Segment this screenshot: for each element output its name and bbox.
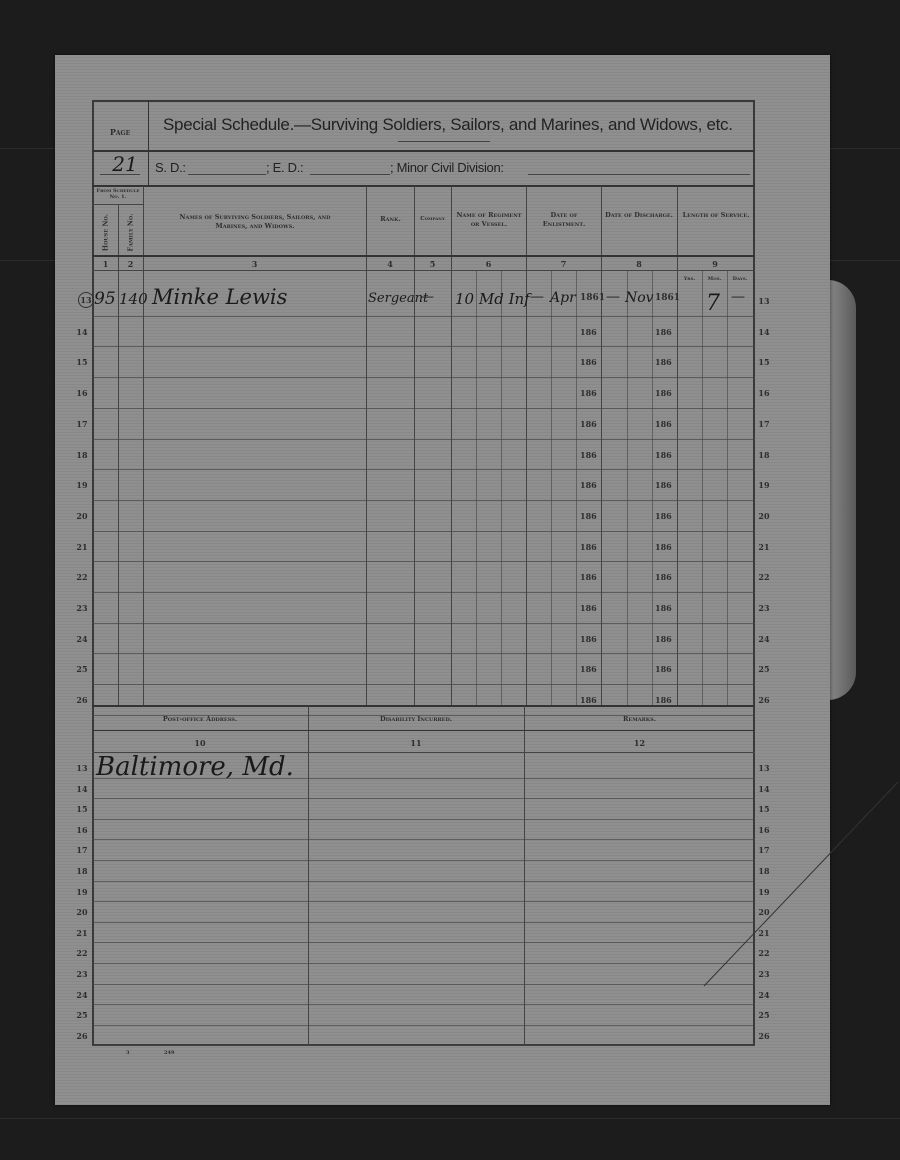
enlist-year-prefix: 186	[580, 388, 597, 398]
row-number-right: 24	[754, 634, 774, 644]
col-num-3: 3	[143, 259, 366, 269]
row-ruling	[92, 592, 755, 593]
entry-enlist-day[interactable]: —	[530, 289, 544, 305]
col-num-5: 5	[414, 259, 451, 269]
page-number: 21	[110, 152, 140, 176]
col-num-6: 6	[451, 259, 526, 269]
col-num-8: 8	[601, 259, 677, 269]
lower-row-number-left: 24	[72, 990, 92, 1000]
col-num-12: 12	[524, 738, 755, 748]
discharge-year-prefix: 186	[655, 572, 672, 582]
from-schedule-label: From Schedule No. 1.	[93, 188, 143, 200]
row-ruling	[92, 500, 755, 501]
col-num-9: 9	[677, 259, 753, 269]
row-number-right: 26	[754, 695, 774, 705]
row-number-left: 19	[72, 480, 92, 490]
col-header-regiment: Name of Regiment or Vessel.	[454, 211, 524, 229]
lower-row-ruling	[92, 798, 755, 799]
row-number-right: 18	[754, 450, 774, 460]
lower-row-number-left: 22	[72, 948, 92, 958]
discharge-year-prefix: 186	[655, 634, 672, 644]
lower-row-number-left: 19	[72, 887, 92, 897]
header-divider	[92, 150, 755, 152]
entry-family-no[interactable]: 140	[119, 290, 148, 308]
column-number-divider	[92, 255, 755, 257]
col-header-disability: Disability Incurred.	[308, 715, 524, 724]
entry-company[interactable]: —	[420, 289, 434, 305]
row-number-right: 14	[754, 327, 774, 337]
page-number-underline	[100, 174, 140, 175]
row-number-left: 25	[72, 664, 92, 674]
sd-field[interactable]	[188, 174, 266, 175]
printer-mark-2: 249	[164, 1050, 174, 1056]
printer-mark-1: 3	[126, 1050, 129, 1056]
title-underline	[398, 141, 490, 142]
row-ruling	[92, 469, 755, 470]
lower-row-ruling	[92, 901, 755, 902]
col-header-house-no: House No.	[102, 209, 111, 257]
entry-discharge-day[interactable]: —	[606, 289, 620, 305]
lower-row-number-left: 26	[72, 1031, 92, 1041]
col-header-family-no: Family No.	[127, 209, 136, 257]
row-number-right: 23	[754, 603, 774, 613]
entry-address[interactable]: Baltimore, Md.	[96, 752, 294, 782]
ed-field[interactable]	[310, 174, 390, 175]
entry-enlist-month[interactable]: Apr	[550, 290, 576, 306]
col-num-1: 1	[93, 259, 118, 269]
lower-row-ruling	[92, 1025, 755, 1026]
col-header-enlistment: Date of Enlistment.	[530, 211, 598, 229]
lower-row-number-left: 18	[72, 866, 92, 876]
discharge-subdivider-2	[652, 270, 653, 706]
row-number-left: 17	[72, 419, 92, 429]
lower-row-number-left: 21	[72, 928, 92, 938]
discharge-year-prefix: 186	[655, 511, 672, 521]
subcol-days: Days.	[727, 275, 753, 284]
row-number-left: 21	[72, 542, 92, 552]
row-number-left: 20	[72, 511, 92, 521]
col-divider-1	[118, 204, 119, 706]
col-header-discharge: Date of Discharge.	[605, 211, 673, 220]
col-num-11: 11	[308, 738, 524, 748]
row-number-right: 21	[754, 542, 774, 552]
lower-row-number-left: 14	[72, 784, 92, 794]
page-label: Page	[100, 128, 140, 137]
entry-service-days[interactable]: —	[731, 289, 745, 305]
lower-row-number-right: 26	[754, 1031, 774, 1041]
col-header-service: Length of Service.	[682, 211, 750, 220]
col-num-4: 4	[366, 259, 414, 269]
row-ruling	[92, 531, 755, 532]
col-header-names: Names of Surviving Soldiers, Sailors, an…	[170, 213, 340, 231]
row-number-left: 16	[72, 388, 92, 398]
row-number-right: 13	[754, 296, 774, 306]
discharge-year-prefix: 186	[655, 357, 672, 367]
entry-line-circled: 13	[78, 292, 94, 308]
row-number-right: 17	[754, 419, 774, 429]
lower-row-ruling	[92, 839, 755, 840]
enlist-year-prefix: 186	[580, 450, 597, 460]
row-number-left: 24	[72, 634, 92, 644]
row-number-left: 15	[72, 357, 92, 367]
entry-discharge-year[interactable]: 1861	[655, 293, 680, 303]
row-ruling	[92, 623, 755, 624]
enlist-year-prefix: 186	[580, 572, 597, 582]
col-num-10: 10	[92, 738, 308, 748]
lower-row-number-right: 25	[754, 1010, 774, 1020]
entry-regiment[interactable]: 10 Md Inf	[455, 290, 530, 308]
lower-col-divider-2	[524, 706, 525, 1046]
row-number-right: 19	[754, 480, 774, 490]
lower-row-number-left: 13	[72, 763, 92, 773]
enlist-year-prefix: 186	[580, 511, 597, 521]
mcd-field[interactable]	[528, 174, 750, 175]
lower-row-number-left: 15	[72, 804, 92, 814]
lower-header-divider	[92, 730, 755, 731]
row-ruling	[92, 316, 755, 317]
lower-row-ruling	[92, 819, 755, 820]
lower-row-number-left: 23	[72, 969, 92, 979]
enlist-year-prefix: 186	[580, 634, 597, 644]
discharge-year-prefix: 186	[655, 450, 672, 460]
row-number-left: 22	[72, 572, 92, 582]
row-number-right: 15	[754, 357, 774, 367]
entry-house-no[interactable]: 95	[94, 289, 116, 309]
row-number-right: 25	[754, 664, 774, 674]
enlist-year-prefix: 186	[580, 480, 597, 490]
lower-row-ruling	[92, 942, 755, 943]
discharge-year-prefix: 186	[655, 480, 672, 490]
sd-label: S. D.:	[155, 160, 186, 175]
row-ruling	[92, 653, 755, 654]
col-header-remarks: Remarks.	[524, 715, 755, 724]
lower-row-number-right: 24	[754, 990, 774, 1000]
regiment-subdivider-2	[501, 270, 502, 706]
lower-table-top	[92, 705, 755, 707]
subcol-yrs: Yrs.	[677, 275, 702, 284]
row-number-left: 18	[72, 450, 92, 460]
page-col-divider	[148, 100, 149, 186]
lower-row-number-right: 13	[754, 763, 774, 773]
scratch-mark	[700, 780, 900, 990]
row-ruling	[92, 561, 755, 562]
enlist-subdivider-1	[551, 270, 552, 706]
col-header-rank: Rank.	[367, 215, 414, 224]
entry-enlist-year[interactable]: 1861	[580, 293, 605, 303]
enlist-year-prefix: 186	[580, 357, 597, 367]
lower-row-number-left: 17	[72, 845, 92, 855]
enlist-year-prefix: 186	[580, 664, 597, 674]
row-number-left: 23	[72, 603, 92, 613]
discharge-subdivider-1	[627, 270, 628, 706]
row-ruling	[92, 439, 755, 440]
col-header-address: Post-office Address.	[92, 715, 308, 724]
lower-row-ruling	[92, 1045, 755, 1046]
discharge-year-prefix: 186	[655, 327, 672, 337]
enlist-subdivider-2	[576, 270, 577, 706]
lower-row-number-left: 16	[72, 825, 92, 835]
discharge-year-prefix: 186	[655, 695, 672, 705]
lower-row-number-left: 25	[72, 1010, 92, 1020]
lower-row-ruling	[92, 922, 755, 923]
service-subdivider-2	[727, 270, 728, 706]
discharge-year-prefix: 186	[655, 664, 672, 674]
entry-name[interactable]: Minke Lewis	[152, 285, 287, 309]
row-number-left: 26	[72, 695, 92, 705]
discharge-year-prefix: 186	[655, 419, 672, 429]
enlist-year-prefix: 186	[580, 695, 597, 705]
row-ruling	[92, 346, 755, 347]
subcol-mos: Mos.	[702, 275, 727, 284]
lower-row-ruling	[92, 1004, 755, 1005]
ed-label: ; E. D.:	[266, 160, 303, 175]
enlist-year-prefix: 186	[580, 603, 597, 613]
column-number-bottom	[92, 270, 755, 271]
lower-col-divider-1	[308, 706, 309, 1046]
header-bottom	[92, 185, 755, 187]
col-num-2: 2	[118, 259, 143, 269]
lower-row-ruling	[92, 860, 755, 861]
lower-row-ruling	[92, 984, 755, 985]
row-number-right: 22	[754, 572, 774, 582]
form-title: Special Schedule.—Surviving Soldiers, Sa…	[163, 115, 743, 135]
row-number-right: 20	[754, 511, 774, 521]
col-num-7: 7	[526, 259, 601, 269]
discharge-year-prefix: 186	[655, 603, 672, 613]
discharge-year-prefix: 186	[655, 388, 672, 398]
page-curl-edge	[828, 280, 856, 700]
mcd-label: ; Minor Civil Division:	[390, 160, 504, 175]
lower-row-number-left: 20	[72, 907, 92, 917]
entry-discharge-month[interactable]: Nov	[625, 290, 654, 306]
enlist-year-prefix: 186	[580, 327, 597, 337]
discharge-year-prefix: 186	[655, 542, 672, 552]
enlist-year-prefix: 186	[580, 419, 597, 429]
row-ruling	[92, 684, 755, 685]
regiment-subdivider-1	[476, 270, 477, 706]
col-header-company: Company	[414, 215, 451, 224]
entry-service-months[interactable]: 7	[706, 291, 720, 316]
lower-row-ruling	[92, 881, 755, 882]
lower-row-ruling	[92, 963, 755, 964]
row-number-right: 16	[754, 388, 774, 398]
row-ruling	[92, 377, 755, 378]
row-ruling	[92, 408, 755, 409]
row-number-left: 14	[72, 327, 92, 337]
service-subdivider-1	[702, 270, 703, 706]
enlist-year-prefix: 186	[580, 542, 597, 552]
